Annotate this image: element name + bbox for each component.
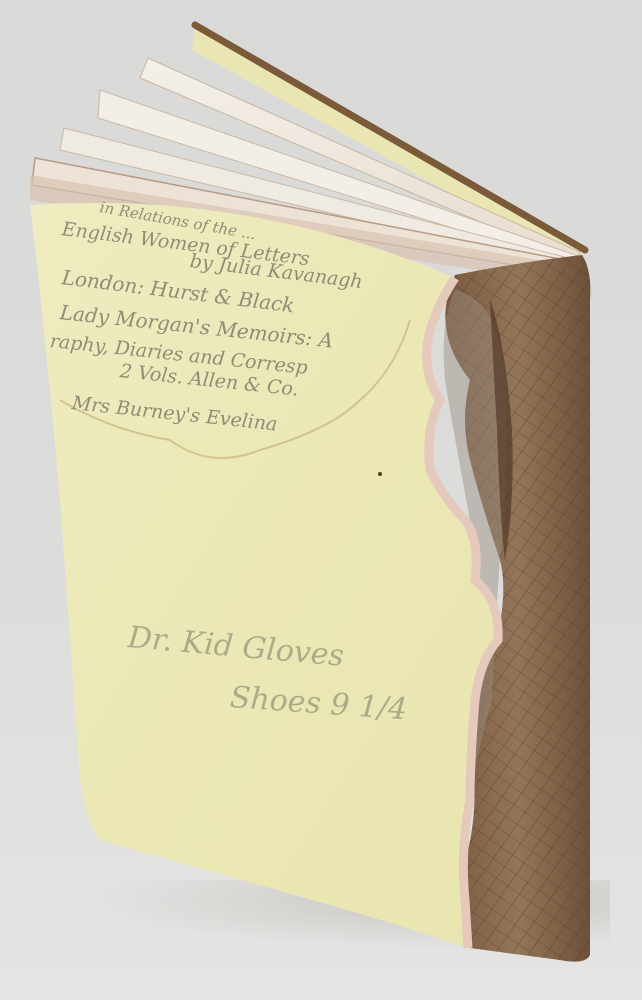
book-illustration — [0, 0, 642, 1000]
ink-spot — [378, 472, 382, 476]
photo-scene: in Relations of the ... English Women of… — [0, 0, 642, 1000]
